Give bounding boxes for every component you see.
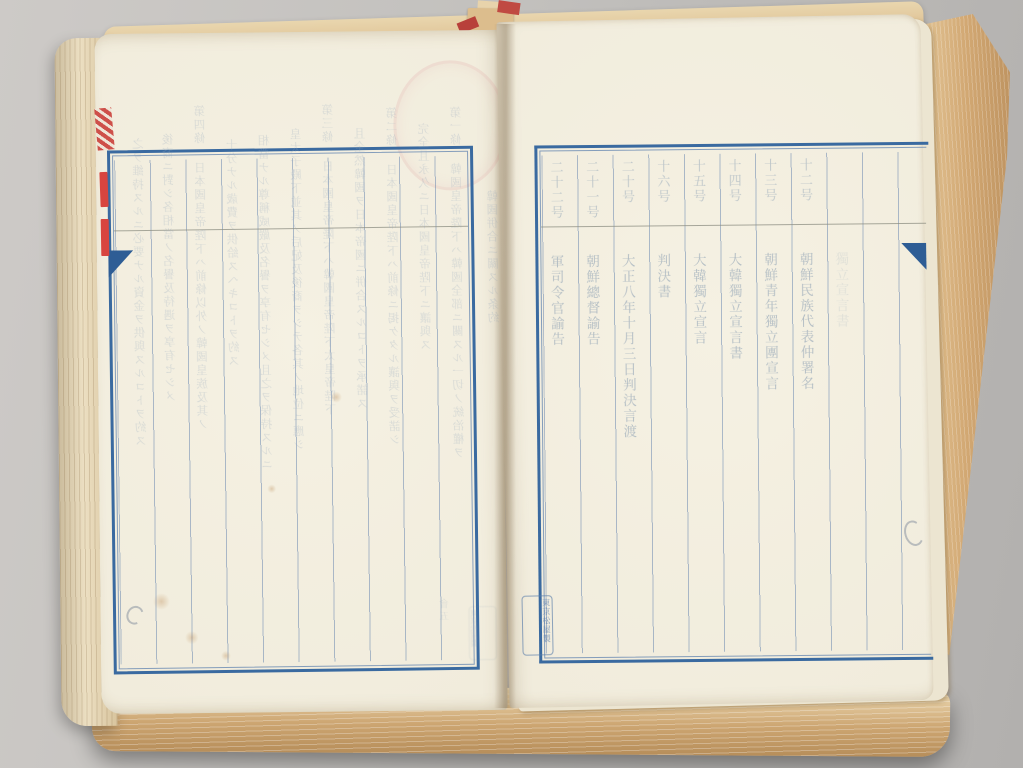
toc-column-number: 十五号 bbox=[688, 159, 707, 204]
toc-column-title: 大正八年十月三日判決言渡 bbox=[617, 254, 639, 440]
maker-stamp: 東京松屋製 bbox=[521, 595, 553, 656]
bleed-through-column: 第三條 日本國皇帝陛下ハ韓國皇帝陛下太皇帝陛下 bbox=[319, 104, 338, 417]
toc-column-number: 十六号 bbox=[652, 159, 671, 204]
toc-column-number: 十四号 bbox=[723, 159, 742, 204]
toc-column-title: 判決書 bbox=[652, 253, 672, 300]
foxing-spot bbox=[221, 651, 231, 661]
photograph-of-open-notebook: 韓國併合ニ關スル条約第一條 韓國皇帝陛下ハ韓國全部ニ關スル一切ノ統治權ヲ完全且永… bbox=[0, 0, 1023, 768]
toc-column-number: 二十一号 bbox=[581, 160, 601, 220]
foxing-spot bbox=[185, 631, 199, 644]
toc-column: 十五号大韓獨立宣言 bbox=[684, 147, 723, 652]
bleed-through-column: 皇太子殿下並其ノ后妃及後裔ヲシテ各其ノ地位ニ應シ bbox=[287, 128, 306, 452]
toc-column-title: 獨立宣言書 bbox=[830, 252, 851, 330]
bleed-through-column: 之ヲ維持スルニ必要ナル資金ヲ供與スルコトヲ約ス bbox=[130, 138, 149, 449]
right-ruled-frame: 二十二号軍司令官諭告二十一号朝鮮總督諭告二十号大正八年十月三日判決言渡十六号判決… bbox=[534, 142, 933, 664]
foxing-spot bbox=[152, 593, 170, 609]
toc-column-title: 朝鮮青年獨立團宣言 bbox=[759, 252, 780, 392]
toc-column-title: 大韓獨立宣言 bbox=[688, 253, 709, 346]
toc-column: 二十号大正八年十月三日判決言渡 bbox=[613, 147, 652, 652]
left-page: 韓國併合ニ關スル条約第一條 韓國皇帝陛下ハ韓國全部ニ關スル一切ノ統治權ヲ完全且永… bbox=[94, 30, 507, 714]
bleed-through-column: 完全且永久ニ日本國皇帝陛下ニ讓與ス bbox=[415, 123, 433, 353]
bleed-through-column: 且全然韓國ヲ日本帝國ニ併合スルコトヲ承諾ス bbox=[351, 127, 370, 411]
toc-column-title: 大韓獨立宣言書 bbox=[723, 253, 744, 362]
foxing-spot bbox=[330, 392, 342, 403]
toc-column: 十三号朝鮮青年獨立團宣言 bbox=[755, 146, 794, 651]
toc-column: 十二号朝鮮民族代表仲署名 bbox=[791, 146, 830, 651]
maker-stamp-ghost: 東京松屋製 bbox=[468, 606, 497, 660]
foxing-spot bbox=[267, 484, 276, 493]
gutter-shadow bbox=[494, 24, 516, 708]
red-edge-marker bbox=[99, 172, 108, 207]
toc-column-title: 朝鮮民族代表仲署名 bbox=[795, 252, 816, 392]
toc-column-title: 軍司令官諭告 bbox=[545, 254, 566, 347]
red-edge-marker bbox=[101, 219, 110, 256]
toc-column: 獨立宣言書 bbox=[826, 145, 865, 650]
toc-column bbox=[897, 145, 936, 650]
red-edge-marker bbox=[94, 107, 115, 150]
bleed-through-column: 第四條 日本國皇帝陛下ハ前條以外ノ韓國皇族及其ノ bbox=[191, 105, 210, 432]
toc-column-number: 十二号 bbox=[795, 158, 814, 203]
toc-column bbox=[862, 145, 901, 650]
bleed-through-chars: 會五 bbox=[438, 598, 453, 622]
toc-column: 二十二号軍司令官諭告 bbox=[541, 148, 580, 653]
toc-column-title: 朝鮮總督諭告 bbox=[581, 254, 602, 347]
toc-column: 十六号判決書 bbox=[648, 147, 687, 652]
bleed-through-column: 十分ナル歳費ヲ供給スヘキコトヲ約ス bbox=[224, 139, 242, 369]
toc-column: 二十一号朝鮮總督諭告 bbox=[577, 148, 616, 653]
toc-text-layer: 二十二号軍司令官諭告二十一号朝鮮總督諭告二十号大正八年十月三日判決言渡十六号判決… bbox=[537, 145, 928, 149]
right-page: 二十二号軍司令官諭告二十一号朝鮮總督諭告二十号大正八年十月三日判決言渡十六号判決… bbox=[496, 14, 933, 708]
toc-column-number: 二十号 bbox=[617, 160, 636, 205]
toc-column: 十四号大韓獨立宣言書 bbox=[719, 146, 758, 651]
toc-column-number: 二十二号 bbox=[545, 160, 565, 220]
bleed-through-column: 後裔ニ對シ各相當ノ名譽及待遇ヲ享有セシメ bbox=[159, 133, 178, 403]
toc-column-number: 十三号 bbox=[759, 158, 778, 203]
